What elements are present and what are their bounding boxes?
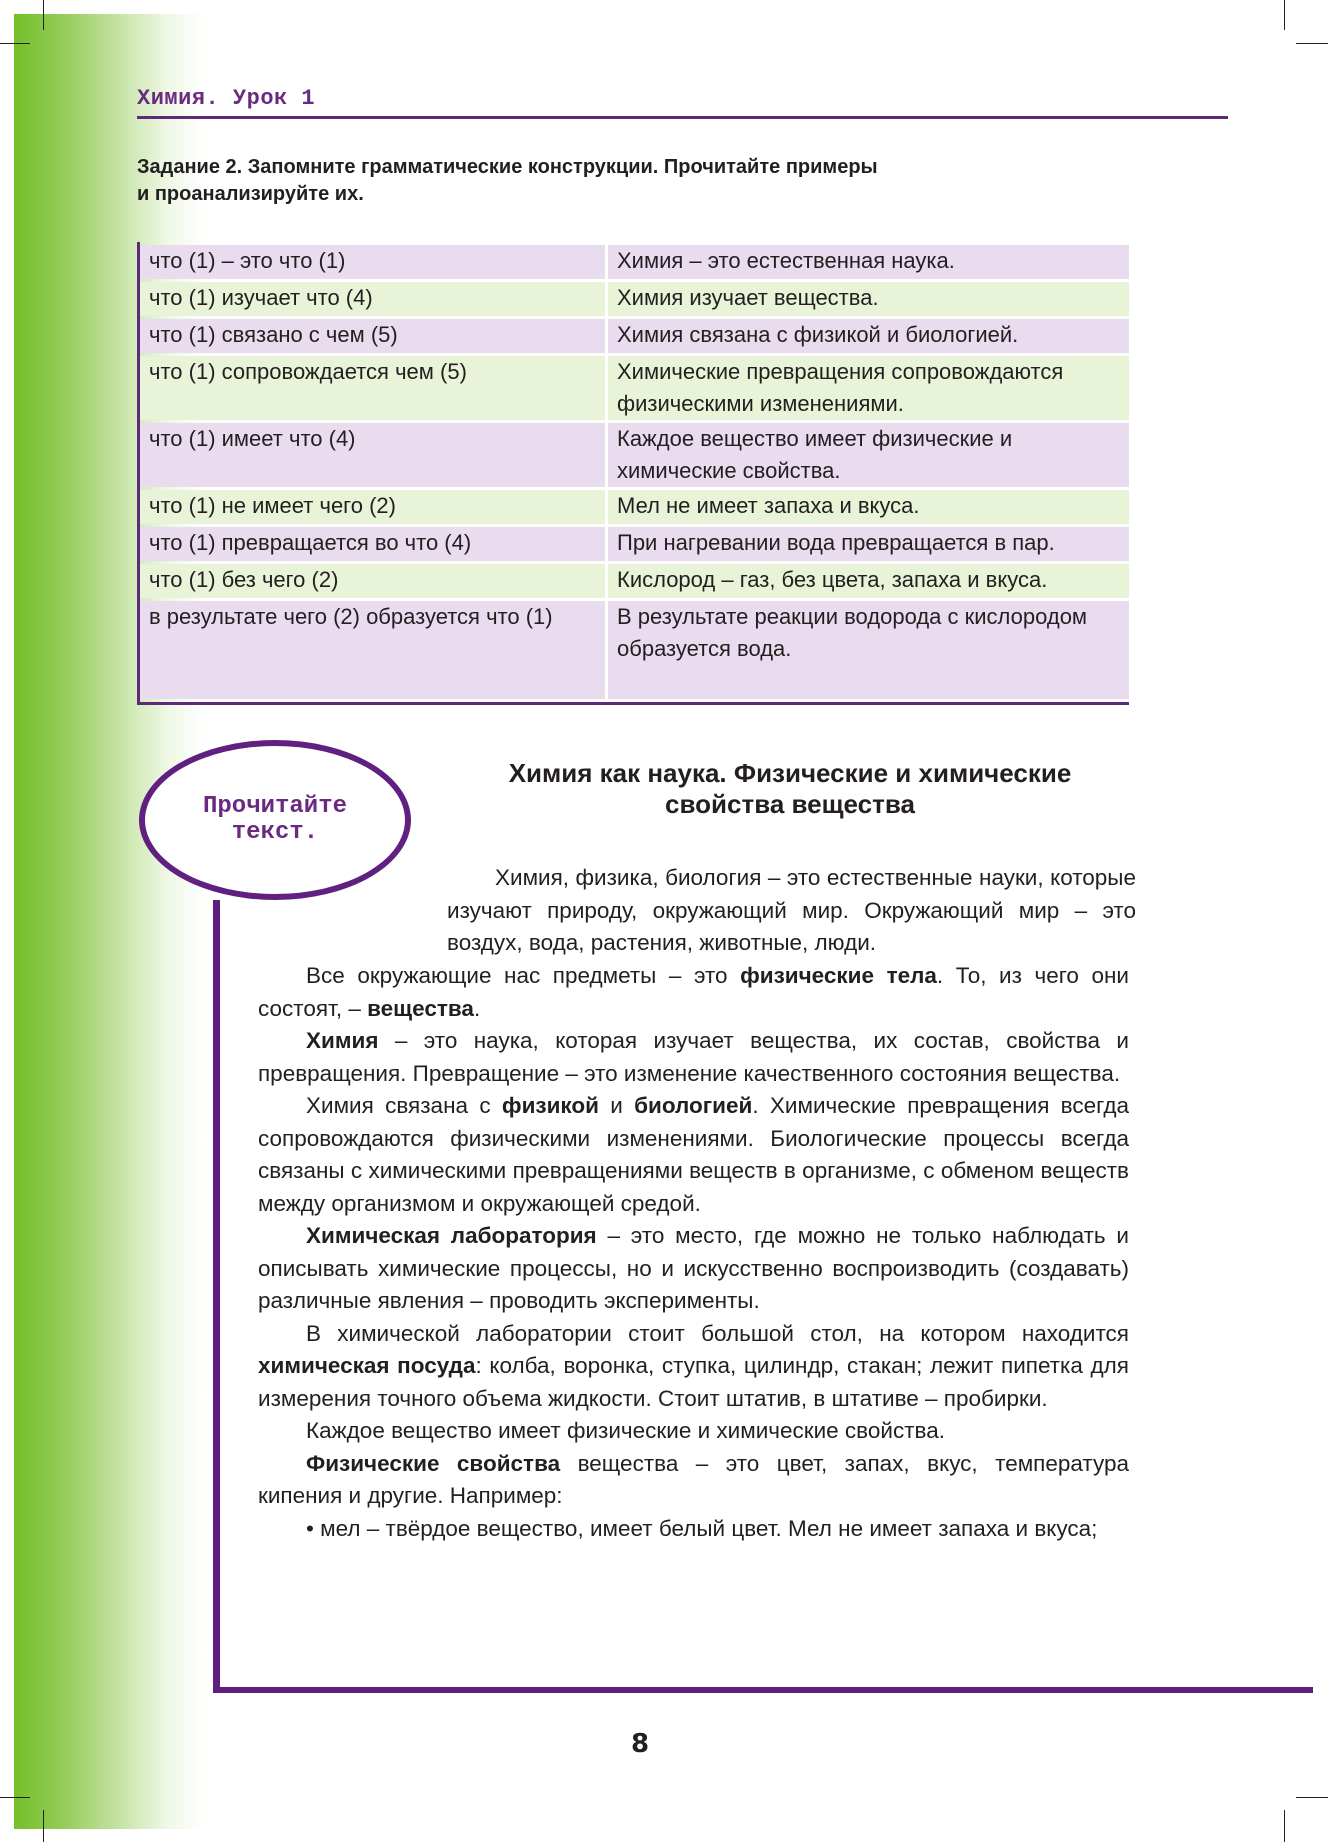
table-row: что (1) связано с чем (5)Химия связана с…	[140, 319, 1129, 353]
key-term: Физические свойства	[306, 1451, 560, 1476]
example-cell: Химические превращения сопровождаются фи…	[608, 356, 1129, 420]
key-term: Химическая лаборатория	[306, 1223, 597, 1248]
text-run: Все окружающие нас предметы – это	[306, 963, 740, 988]
table-row: что (1) изучает что (4)Химия изучает вещ…	[140, 282, 1129, 316]
text-run: • мел – твёрдое вещество, имеет белый цв…	[306, 1516, 1097, 1541]
example-cell: В результате реакции водорода с кислород…	[608, 601, 1129, 699]
construction-cell: в результате чего (2) образуется что (1)	[140, 601, 608, 699]
article-paragraph: Химия – это наука, которая изучает вещес…	[258, 1025, 1129, 1090]
construction-cell: что (1) сопровождается чем (5)	[140, 356, 608, 420]
example-cell: Каждое вещество имеет физические и химич…	[608, 423, 1129, 487]
read-text-badge: Прочитайте текст.	[139, 740, 411, 900]
key-term: Химия	[306, 1028, 378, 1053]
intro-paragraph: Химия, физика, биология – это естественн…	[447, 862, 1136, 960]
article-intro: Химия, физика, биология – это естественн…	[447, 862, 1136, 960]
example-cell: При нагревании вода превращается в пар.	[608, 527, 1129, 561]
key-term: физикой	[502, 1093, 599, 1118]
crop-mark	[1284, 1810, 1285, 1842]
header-divider	[137, 116, 1228, 119]
text-run: В химической лаборатории стоит большой с…	[306, 1321, 1129, 1346]
example-cell: Мел не имеет запаха и вкуса.	[608, 490, 1129, 524]
article-paragraph: Химическая лаборатория – это место, где …	[258, 1220, 1129, 1318]
construction-cell: что (1) – это что (1)	[140, 245, 608, 279]
table-row: что (1) не имеет чего (2)Мел не имеет за…	[140, 490, 1129, 524]
text-run: .	[474, 996, 480, 1021]
crop-mark	[43, 0, 44, 30]
crop-mark	[0, 1797, 30, 1798]
text-run: и	[599, 1093, 634, 1118]
table-row: что (1) – это что (1)Химия – это естеств…	[140, 245, 1129, 279]
grammar-constructions-table: что (1) – это что (1)Химия – это естеств…	[137, 242, 1129, 705]
example-cell: Кислород – газ, без цвета, запаха и вкус…	[608, 564, 1129, 598]
construction-cell: что (1) превращается во что (4)	[140, 527, 608, 561]
article-body: Все окружающие нас предметы – это физиче…	[258, 960, 1129, 1545]
reading-box-left-border	[213, 900, 220, 1693]
text-run: Каждое вещество имеет физические и химич…	[306, 1418, 945, 1443]
table-row: что (1) имеет что (4)Каждое вещество име…	[140, 423, 1129, 487]
key-term: физические тела	[740, 963, 937, 988]
key-term: химическая посуда	[258, 1353, 475, 1378]
example-cell: Химия – это естественная наука.	[608, 245, 1129, 279]
task-instruction: Задание 2. Запомните грамматические конс…	[137, 154, 1037, 208]
example-cell: Химия изучает вещества.	[608, 282, 1129, 316]
construction-cell: что (1) не имеет чего (2)	[140, 490, 608, 524]
key-term: биологией	[634, 1093, 752, 1118]
article-paragraph: В химической лаборатории стоит большой с…	[258, 1318, 1129, 1416]
table-row: в результате чего (2) образуется что (1)…	[140, 601, 1129, 699]
task-line-2: и проанализируйте их.	[137, 181, 1037, 208]
crop-mark	[1284, 0, 1285, 30]
table-row: что (1) превращается во что (4)При нагре…	[140, 527, 1129, 561]
reading-box-bottom-border	[213, 1687, 1313, 1693]
construction-cell: что (1) без чего (2)	[140, 564, 608, 598]
crop-mark	[43, 1810, 44, 1842]
key-term: вещества	[367, 996, 474, 1021]
crop-mark	[0, 43, 30, 44]
article-paragraph: Физические свойства вещества – это цвет,…	[258, 1448, 1129, 1513]
article-paragraph: • мел – твёрдое вещество, имеет белый цв…	[258, 1513, 1129, 1546]
table-row: что (1) без чего (2)Кислород – газ, без …	[140, 564, 1129, 598]
read-text-label: Прочитайте текст.	[203, 794, 347, 846]
article-paragraph: Химия связана с физикой и биологией. Хим…	[258, 1090, 1129, 1220]
article-title: Химия как наука. Физические и химические…	[440, 758, 1140, 820]
construction-cell: что (1) изучает что (4)	[140, 282, 608, 316]
task-line-1: Задание 2. Запомните грамматические конс…	[137, 154, 1037, 181]
example-cell: Химия связана с физикой и биологией.	[608, 319, 1129, 353]
text-run: – это наука, которая изучает вещества, и…	[258, 1028, 1129, 1086]
construction-cell: что (1) связано с чем (5)	[140, 319, 608, 353]
article-paragraph: Все окружающие нас предметы – это физиче…	[258, 960, 1129, 1025]
running-header: Химия. Урок 1	[137, 86, 315, 111]
article-paragraph: Каждое вещество имеет физические и химич…	[258, 1415, 1129, 1448]
crop-mark	[1296, 43, 1328, 44]
construction-cell: что (1) имеет что (4)	[140, 423, 608, 487]
page-number: 8	[600, 1729, 680, 1759]
table-row: что (1) сопровождается чем (5)Химические…	[140, 356, 1129, 420]
crop-mark	[1296, 1797, 1328, 1798]
text-run: Химия связана с	[306, 1093, 502, 1118]
